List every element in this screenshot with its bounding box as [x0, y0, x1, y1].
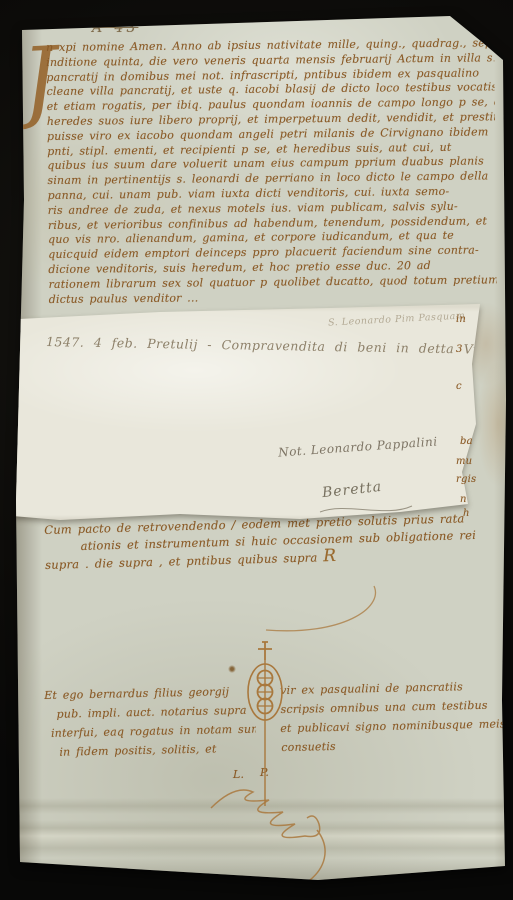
- slip-note: 1547. 4 feb. Pretulij - Compravendita di…: [46, 334, 499, 357]
- margin-fragment: c: [456, 381, 462, 392]
- slip-faint-signature: S. Leonardo Pim Pasquam: [328, 310, 466, 328]
- slip-notary-signature: Not. Leonardo Pappalini: [278, 434, 438, 459]
- deed-text-block: n xpi nomine Amen. Anno ab ipsius nativi…: [46, 36, 497, 307]
- slip-beretta-signature: Beretta: [321, 479, 382, 501]
- archivist-slip: S. Leonardo Pim Pasquam 1547. 4 feb. Pre…: [0, 304, 486, 524]
- margin-fragment: in: [456, 314, 466, 325]
- archivist-slip-wrap: S. Leonardo Pim Pasquam 1547. 4 feb. Pre…: [0, 304, 486, 524]
- margin-fragment: mu: [456, 456, 472, 467]
- photo-background: A 43 J n xpi nomine Amen. Anno ab ipsius…: [0, 0, 513, 900]
- margin-fragment: rgis: [456, 474, 476, 485]
- margin-fragment: h: [463, 508, 470, 519]
- margin-fragment: 3: [456, 344, 463, 355]
- signature-flourish-icon: [181, 782, 381, 887]
- beretta-flourish-icon: [316, 500, 416, 520]
- manuscript-page-wrap: A 43 J n xpi nomine Amen. Anno ab ipsius…: [16, 14, 510, 884]
- margin-fragment: n: [460, 494, 467, 505]
- archival-mark: A 43: [92, 20, 138, 36]
- margin-fragment: ba: [460, 436, 473, 447]
- paraph-r: R: [323, 546, 337, 566]
- manuscript-page: A 43 J n xpi nomine Amen. Anno ab ipsius…: [16, 14, 510, 884]
